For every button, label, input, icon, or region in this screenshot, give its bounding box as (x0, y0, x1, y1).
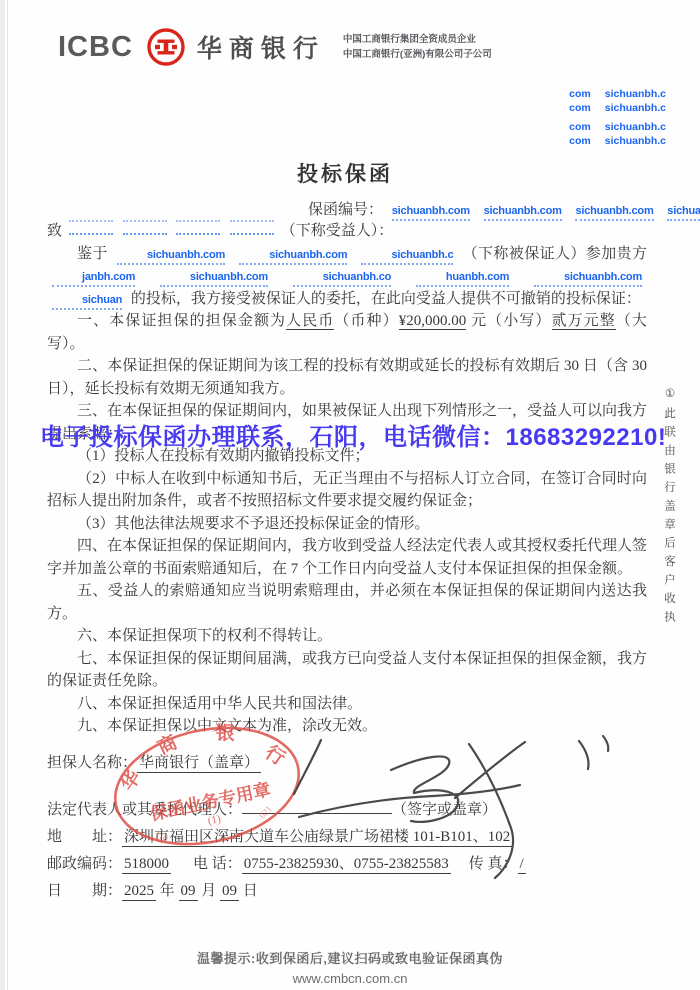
clause-1: 一、本保证担保的担保金额为人民币（币种）¥20,000.00 元（小写）贰万元整… (47, 310, 647, 355)
seal-arc-char: 商 (154, 730, 181, 759)
seal-arc-char: 银 (215, 721, 234, 744)
seal-arc-char: 华 (116, 766, 146, 795)
advertisement-overlay: 电子投标保函办理联系，石阳，电话微信：18683292210! (40, 417, 690, 452)
date-year: 2025 (122, 883, 156, 901)
watermark-text: sichuan (52, 295, 122, 310)
bank-name: 华商银行 (197, 29, 325, 65)
bank-subsidiary-line1: 中国工商银行集团全资成员企业 (343, 34, 476, 45)
redacted-watermark (123, 220, 167, 235)
redacted-watermark (230, 220, 274, 235)
watermark-corner-top: comsichuanbh.c comsichuanbh.c (569, 88, 666, 116)
scan-edge-left (0, 0, 5, 990)
watermark-text: janbh.com (52, 272, 135, 287)
verification-url: www.cmbcn.com.cn (0, 971, 700, 986)
redacted-watermark (176, 220, 220, 235)
watermark-text: com (569, 135, 591, 147)
addressee-suffix: （下称受益人）： (281, 223, 394, 239)
icbc-logo-text: ICBC (58, 31, 133, 64)
date-month: 09 (179, 883, 198, 901)
postal-label: 邮政编码： (47, 856, 122, 872)
phone-label: 电 话： (193, 856, 242, 872)
bid-guarantee-document: ICBC 华商银行 中国工商银行集团全资成员企业 中国工商银行(亚洲)有限公司子… (0, 0, 700, 990)
watermark-text: sichuanbh.com (484, 206, 562, 221)
amount-numeric: ¥20,000.00 (399, 313, 467, 330)
scan-edge-line (7, 0, 8, 990)
watermark-corner-bottom: comsichuanbh.c comsichuanbh.c (569, 121, 666, 149)
watermark-text: sichuanbh.c (605, 102, 666, 114)
document-body: 致 （下称受益人）： 鉴于 sichuanbh.com sichuanbh.co… (47, 220, 647, 738)
bank-subsidiary-line2: 中国工商银行(亚洲)有限公司子公司 (343, 49, 492, 60)
intro-principal: （下称被保证人）参加贵方 (463, 246, 647, 262)
watermark-text: sichuanbh.com (239, 250, 347, 265)
watermark-text: com (569, 102, 591, 114)
clause-5: 五、受益人的索赔通知应当说明索赔理由，并必须在本保证担保的保证期间内送达我方。 (47, 580, 647, 625)
document-title: 投标保函 (0, 158, 690, 188)
handwritten-signature (273, 724, 633, 899)
date-label: 日 期： (47, 883, 122, 899)
watermark-text: sichuanbh.com (117, 250, 225, 265)
clause-8: 八、本保证担保适用中华人民共和国法律。 (47, 693, 647, 716)
intro-paragraph: 鉴于 sichuanbh.com sichuanbh.com sichuanbh… (47, 243, 647, 311)
intro-continuation: 的投标，我方接受被保证人的委托，在此向受益人提供不可撤销的投标保证： (131, 291, 641, 307)
bank-header: ICBC 华商银行 中国工商银行集团全资成员企业 中国工商银行(亚洲)有限公司子… (58, 28, 492, 66)
clause-4: 四、在本保证担保的保证期间内，我方收到受益人经法定代表人或其授权委托代理人签字并… (47, 535, 647, 580)
watermark-text: sichuanbh.com (575, 206, 653, 221)
clause-3-item-2: （2）中标人在收到中标通知书后，无正当理由不与招标人订立合同，在签订合同时向招标… (47, 468, 647, 513)
watermark-text: huanbh.com (416, 272, 509, 287)
currency-value: 人民币 (286, 313, 334, 330)
watermark-text: sichuanbh.c (605, 121, 666, 133)
watermark-text: sichuanbh.c (361, 250, 453, 265)
icbc-roundel-icon (147, 28, 185, 66)
watermark-text: sichuanbh.com (392, 206, 470, 221)
seal-number: (1) (207, 813, 222, 827)
clause-6: 六、本保证担保项下的权利不得转让。 (47, 625, 647, 648)
date-day: 09 (220, 883, 239, 901)
watermark-text: sichuanbh.c (605, 135, 666, 147)
guarantee-number-label: 保函编号： (308, 202, 383, 218)
addressee-prefix: 致 (47, 223, 62, 239)
watermark-text: sichuanbh.co (293, 272, 392, 287)
watermark-text: sichuanbh.cor (667, 206, 700, 221)
redacted-watermark (69, 220, 113, 235)
clause-7: 七、本保证担保的保证期间届满，或我方已向受益人支付本保证担保的担保金额，我方的保… (47, 648, 647, 693)
guarantee-number-line: 保函编号： sichuanbh.com sichuanbh.com sichua… (308, 198, 700, 221)
intro-whereas: 鉴于 (77, 246, 108, 262)
watermark-text: sichuanbh.c (605, 88, 666, 100)
amount-chinese: 贰万元整 (552, 313, 616, 330)
clause-2: 二、本保证担保的保证期间为该工程的投标有效期或延长的投标有效期后 30 日（含 … (47, 355, 647, 400)
watermark-text: sichuanbh.com (160, 272, 268, 287)
bank-subsidiary-info: 中国工商银行集团全资成员企业 中国工商银行(亚洲)有限公司子公司 (343, 32, 492, 62)
addressee-line: 致 （下称受益人）： (47, 220, 647, 243)
clause-3-item-3: （3）其他法律法规要求不予退还投标保证金的情形。 (47, 513, 647, 536)
verification-tip: 温馨提示:收到保函后,建议扫码或致电验证保函真伪 (0, 948, 700, 967)
postal-value: 518000 (122, 856, 171, 874)
watermark-text: sichuanbh.com (534, 272, 642, 287)
watermark-text: com (569, 121, 591, 133)
watermark-text: com (569, 88, 591, 100)
